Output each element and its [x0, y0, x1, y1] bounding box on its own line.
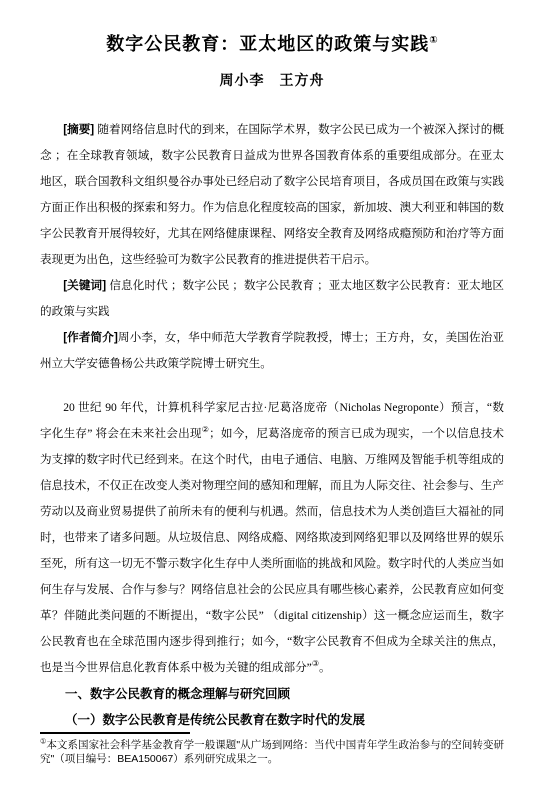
- author-bio-label: [作者简介]: [63, 331, 118, 344]
- paper-title-text: 数字公民教育：亚太地区的政策与实践: [106, 34, 429, 54]
- keywords-paragraph: [关键词] 信息化时代 ；数字公民 ；数字公民教育 ；亚太地区数字公民教育：亚太…: [40, 273, 504, 325]
- paper-title: 数字公民教育：亚太地区的政策与实践①: [40, 28, 504, 57]
- footnote-ref-3: ③: [312, 659, 319, 668]
- intro-text-3: 。: [319, 661, 331, 674]
- footnote-separator-line: [40, 732, 190, 734]
- keywords-text: 信息化时代 ；数字公民 ；数字公民教育 ；亚太地区数字公民教育：亚太地区的政策与…: [40, 279, 504, 318]
- footnote-text: 本文系国家社会科学基金教育学一般课题"从广场到网络：当代中国青年学生政治参与的空…: [40, 739, 504, 765]
- abstract-paragraph: [摘要] 随着网络信息时代的到来，在国际学术界，数字公民已成为一个被深入探讨的概…: [40, 117, 504, 273]
- abstract-label: [摘要]: [63, 123, 97, 136]
- paper-page: 数字公民教育：亚太地区的政策与实践① 周小李 王方舟 [摘要] 随着网络信息时代…: [0, 0, 544, 795]
- author-bio-paragraph: [作者简介]周小李，女，华中师范大学教育学院教授，博士；王方舟，女，美国佐治亚州…: [40, 325, 504, 377]
- authors-line: 周小李 王方舟: [40, 70, 504, 90]
- section-heading-1: 一、数字公民教育的概念理解与研究回顾: [40, 681, 504, 707]
- keywords-label: [关键词]: [63, 279, 109, 292]
- footnote-area: ①本文系国家社会科学基金教育学一般课题"从广场到网络：当代中国青年学生政治参与的…: [40, 732, 504, 766]
- abstract-text: 随着网络信息时代的到来，在国际学术界，数字公民已成为一个被深入探讨的概念 ；在全…: [40, 123, 504, 266]
- intro-text-2: ；如今，尼葛洛庞帝的预言已成为现实，一个以信息技术为支撑的数字时代已经到来。在这…: [40, 427, 504, 674]
- subsection-heading-1-1: （一）数字公民教育是传统公民教育在数字时代的发展: [40, 707, 504, 733]
- footnote-ref-2: ②: [202, 425, 209, 434]
- title-footnote-ref: ①: [429, 35, 437, 46]
- footnote-block: ①本文系国家社会科学基金教育学一般课题"从广场到网络：当代中国青年学生政治参与的…: [40, 738, 504, 766]
- intro-paragraph: 20 世纪 90 年代，计算机科学家尼古拉·尼葛洛庞帝（Nicholas Neg…: [40, 395, 504, 681]
